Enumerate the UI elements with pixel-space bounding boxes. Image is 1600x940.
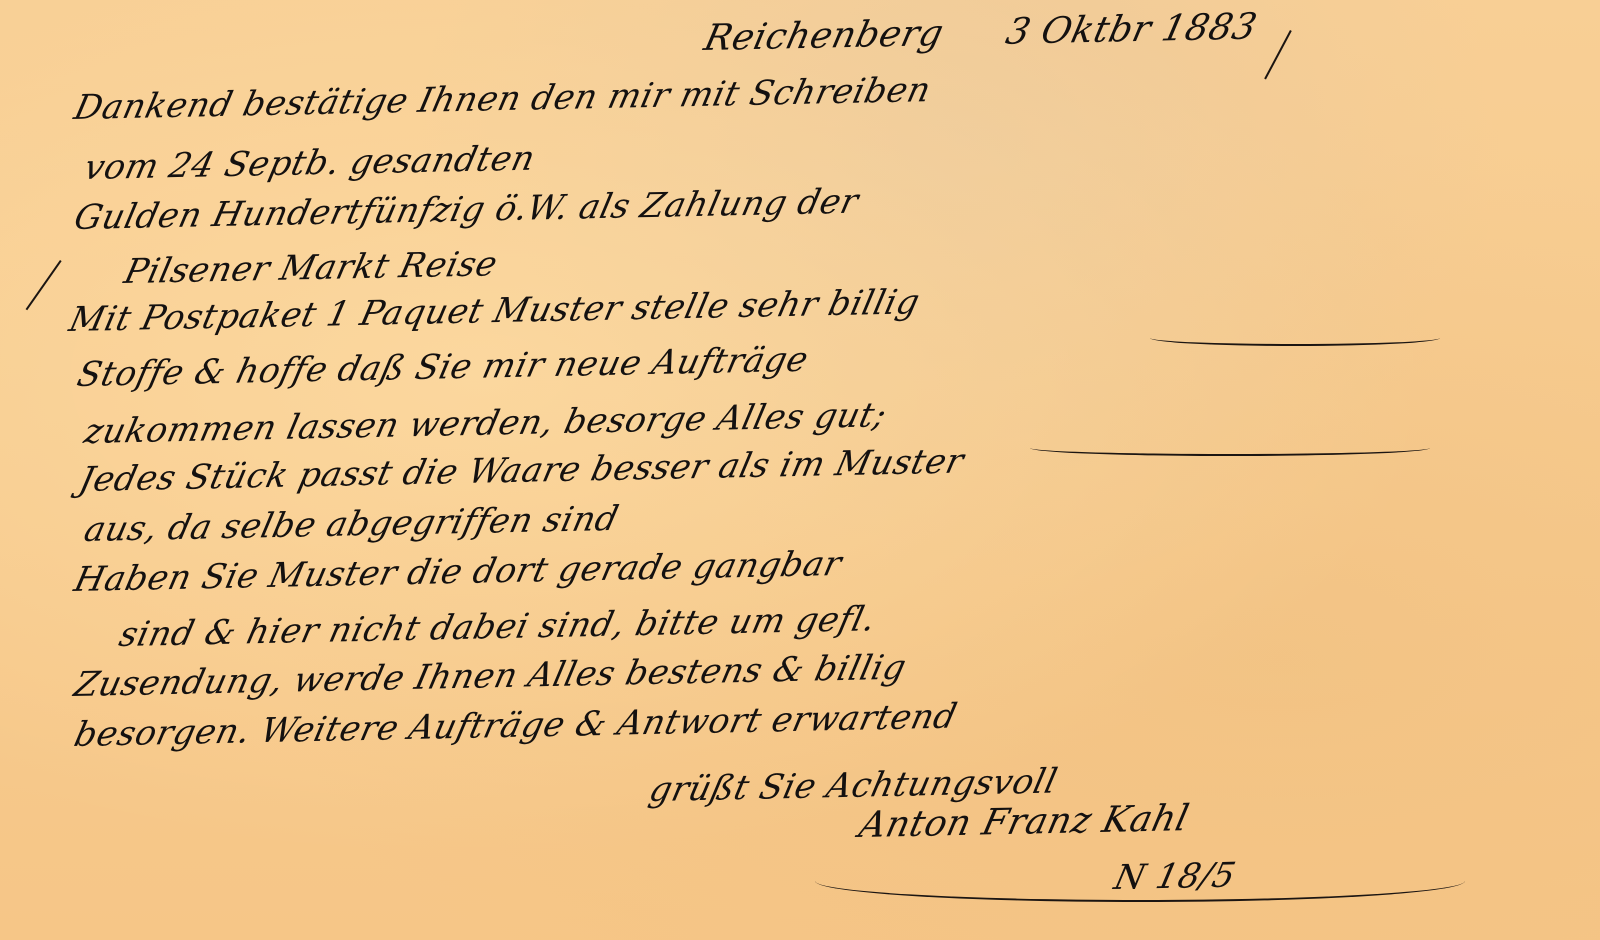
header-date: 3 Oktbr 1883 xyxy=(1002,6,1261,52)
signature-flourish xyxy=(815,860,1465,902)
body-line-4: Pilsener Markt Reise xyxy=(120,244,501,292)
header-place: Reichenberg xyxy=(700,13,947,59)
signature-name: Anton Franz Kahl xyxy=(855,798,1193,846)
underline-besorge-alles-gut xyxy=(1030,440,1430,456)
underline-sehr-billig xyxy=(1150,330,1440,346)
